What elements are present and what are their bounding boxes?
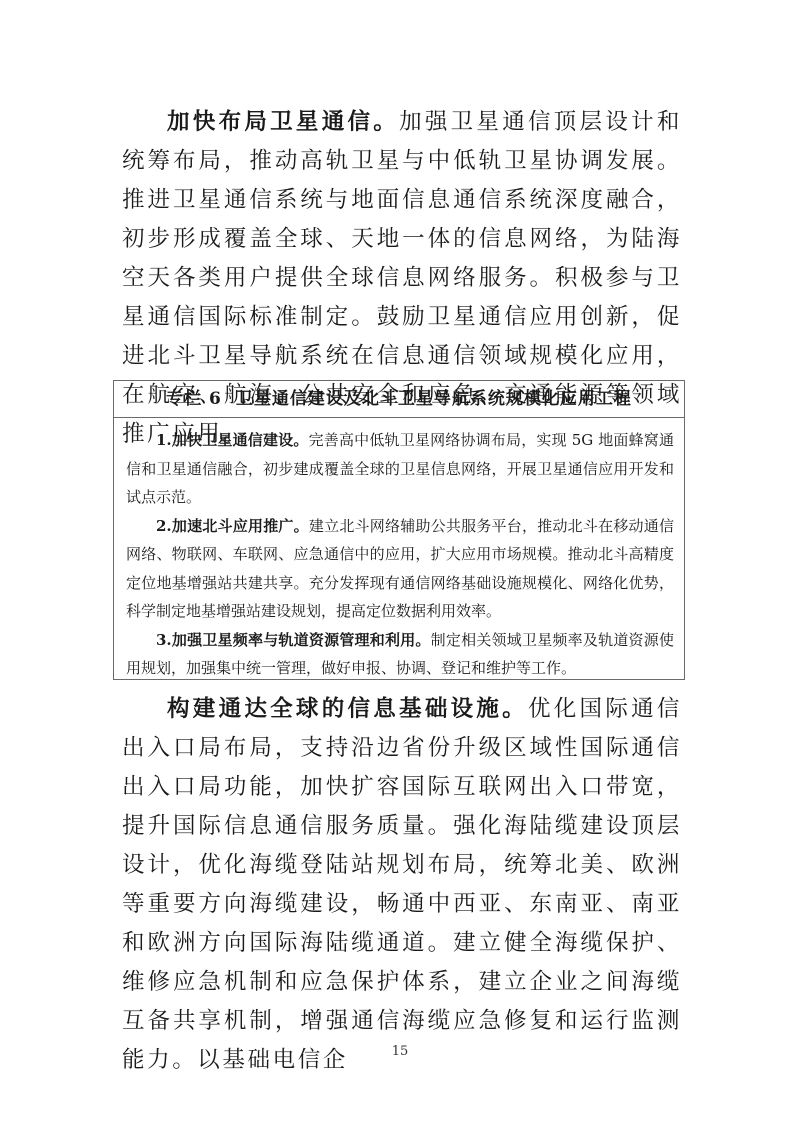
- paragraph-heading: 加快布局卫星通信。: [167, 109, 399, 135]
- document-page: 加快布局卫星通信。加强卫星通信顶层设计和统筹布局，推动高轨卫星与中低轨卫星协调发…: [0, 0, 800, 1131]
- column-box-title: 卫星通信建设及北斗卫星导航系统规模化应用工程: [236, 389, 632, 409]
- column-box-header: 专栏 6卫星通信建设及北斗卫星导航系统规模化应用工程: [114, 381, 684, 418]
- column-item: 1.加快卫星通信建设。完善高中低轨卫星网络协调布局，实现 5G 地面蜂窝通信和卫…: [126, 426, 674, 512]
- column-box-body: 1.加快卫星通信建设。完善高中低轨卫星网络协调布局，实现 5G 地面蜂窝通信和卫…: [114, 418, 684, 683]
- column-item: 2.加速北斗应用推广。建立北斗网络辅助公共服务平台，推动北斗在移动通信网络、物联…: [126, 512, 674, 626]
- column-box-label: 专栏 6: [166, 389, 222, 409]
- paragraph-global-infrastructure: 构建通达全球的信息基础设施。优化国际通信出入口局布局，支持沿边省份升级区域性国际…: [122, 690, 682, 1080]
- column-item: 3.加强卫星频率与轨道资源管理和利用。制定相关领域卫星频率及轨道资源使用规划，加…: [126, 626, 674, 683]
- paragraph-heading: 构建通达全球的信息基础设施。: [167, 696, 528, 722]
- column-item-heading: 3.加强卫星频率与轨道资源管理和利用。: [156, 631, 431, 649]
- column-item-heading: 1.加快卫星通信建设。: [156, 431, 309, 449]
- column-box: 专栏 6卫星通信建设及北斗卫星导航系统规模化应用工程 1.加快卫星通信建设。完善…: [113, 380, 685, 680]
- column-item-heading: 2.加速北斗应用推广。: [156, 517, 309, 535]
- page-number: 15: [0, 1044, 800, 1059]
- paragraph-body: 优化国际通信出入口局布局，支持沿边省份升级区域性国际通信出入口局功能，加快扩容国…: [122, 696, 682, 1073]
